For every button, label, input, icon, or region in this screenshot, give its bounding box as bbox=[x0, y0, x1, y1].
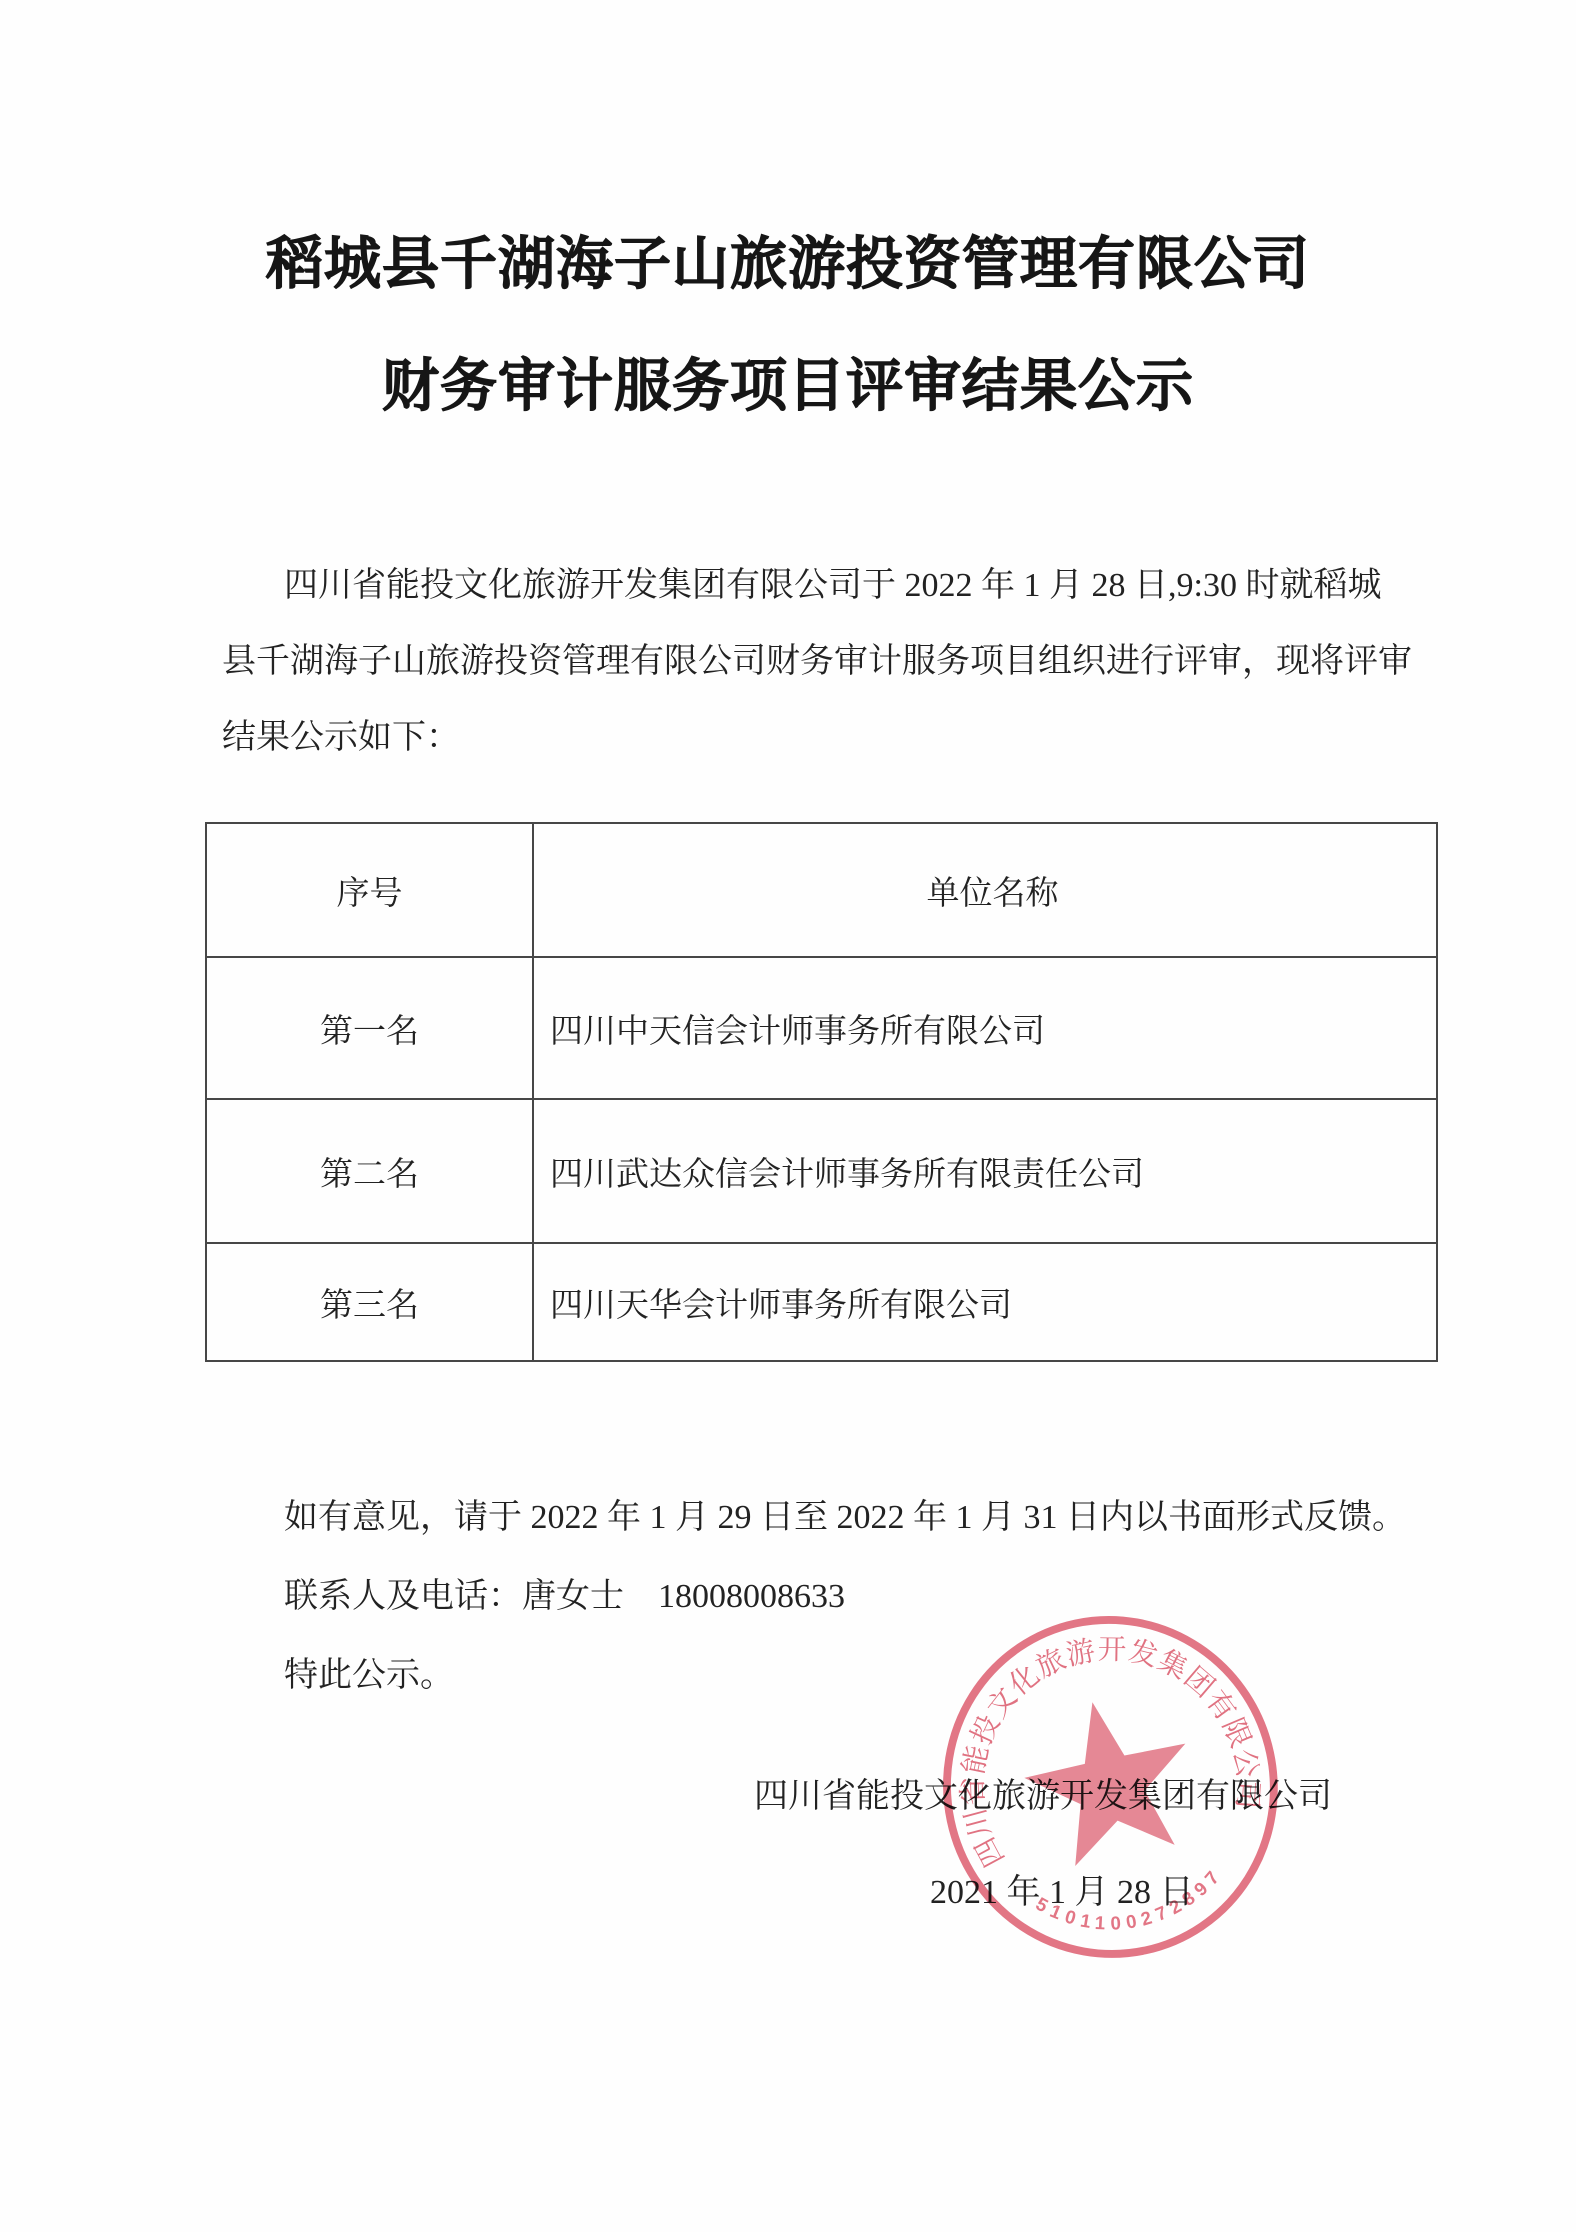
results-table: 序号 单位名称 第一名 四川中天信会计师事务所有限公司 第二名 四川武达众信会计… bbox=[205, 822, 1438, 1362]
intro-line: 县千湖海子山旅游投资管理有限公司财务审计服务项目组织进行评审，现将评审 bbox=[222, 624, 1450, 700]
document-title-line1: 稻城县千湖海子山旅游投资管理有限公司 bbox=[0, 218, 1576, 300]
company-cell: 四川武达众信会计师事务所有限责任公司 bbox=[533, 1099, 1437, 1243]
signature-date: 2021 年 1 月 28 日 bbox=[930, 1864, 1190, 1913]
rank-cell: 第一名 bbox=[206, 957, 533, 1099]
closing-line: 特此公示。 bbox=[222, 1636, 1452, 1715]
rank-cell: 第二名 bbox=[206, 1099, 533, 1243]
rank-cell: 第三名 bbox=[206, 1243, 533, 1361]
table-row: 第三名 四川天华会计师事务所有限公司 bbox=[206, 1243, 1437, 1361]
header-cell-company: 单位名称 bbox=[533, 823, 1437, 957]
table-header-row: 序号 单位名称 bbox=[206, 823, 1437, 957]
intro-line: 四川省能投文化旅游开发集团有限公司于 2022 年 1 月 28 日,9:30 … bbox=[222, 548, 1450, 624]
company-cell: 四川天华会计师事务所有限公司 bbox=[533, 1243, 1437, 1361]
outro-block: 如有意见，请于 2022 年 1 月 29 日至 2022 年 1 月 31 日… bbox=[222, 1478, 1452, 1715]
feedback-line: 如有意见，请于 2022 年 1 月 29 日至 2022 年 1 月 31 日… bbox=[222, 1478, 1452, 1557]
contact-line: 联系人及电话：唐女士 18008008633 bbox=[222, 1557, 1452, 1636]
company-cell: 四川中天信会计师事务所有限公司 bbox=[533, 957, 1437, 1099]
intro-paragraph: 四川省能投文化旅游开发集团有限公司于 2022 年 1 月 28 日,9:30 … bbox=[222, 548, 1450, 776]
header-cell-rank: 序号 bbox=[206, 823, 533, 957]
intro-line: 结果公示如下： bbox=[222, 700, 1450, 776]
table-row: 第一名 四川中天信会计师事务所有限公司 bbox=[206, 957, 1437, 1099]
document-page: 稻城县千湖海子山旅游投资管理有限公司 财务审计服务项目评审结果公示 四川省能投文… bbox=[0, 0, 1576, 2232]
signature-company: 四川省能投文化旅游开发集团有限公司 bbox=[754, 1768, 1332, 1817]
table-row: 第二名 四川武达众信会计师事务所有限责任公司 bbox=[206, 1099, 1437, 1243]
document-title-line2: 财务审计服务项目评审结果公示 bbox=[0, 340, 1576, 422]
